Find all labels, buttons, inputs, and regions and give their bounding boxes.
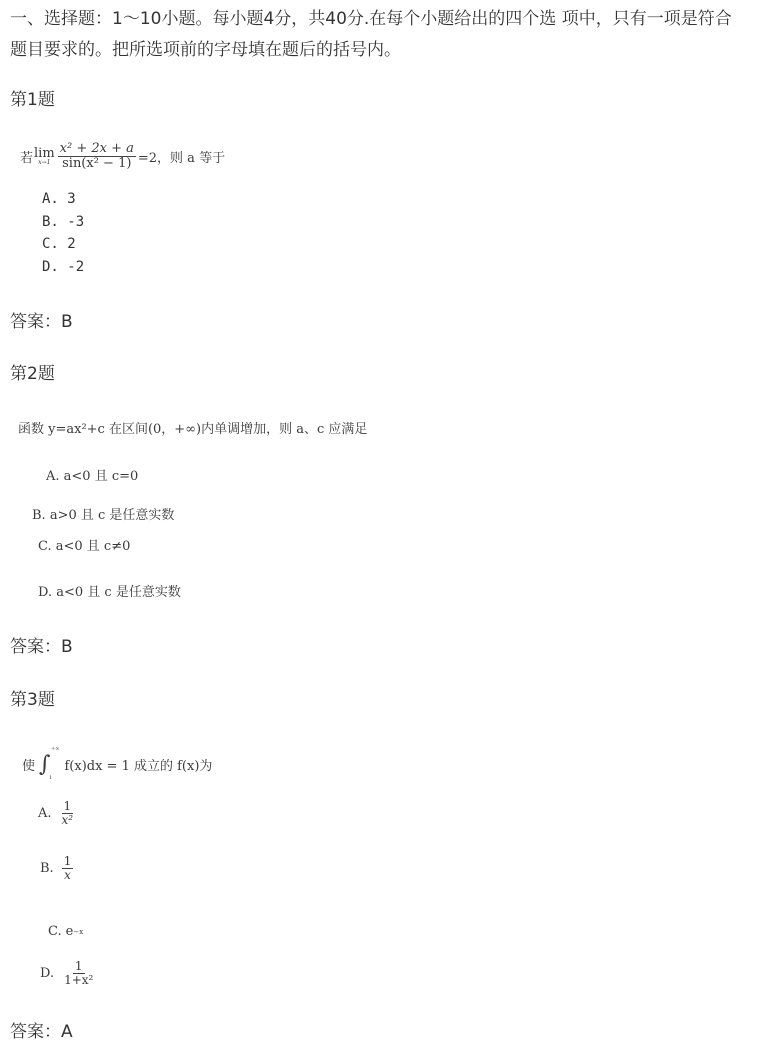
q3-integral: ∫ [39,752,50,777]
question-1-stem: 若 lim x→1 x² + 2x + a sin(x² − 1) =2，则 a… [20,142,225,170]
q1-lim-sub: x→1 [38,160,50,166]
q3-option-c-label: C. [48,924,62,939]
q3-upper-limit: +∞ [51,746,59,752]
q3-body: f(x)dx = 1 成立的 f(x)为 [64,755,212,774]
q3-option-a-label: A. [38,806,52,821]
question-2-stem: 函数 y=ax²+c 在区间(0，+∞)内单调增加，则 a、c 应满足 [18,418,367,437]
q3-option-b: B. 1 x [40,855,75,881]
q3-option-d-fraction: 1 1+x² [62,960,95,986]
q3-c-exponent: −x [73,928,83,936]
q3-d-num: 1 [73,960,85,974]
q3-option-b-fraction: 1 x [62,855,74,881]
section-instructions: 一、选择题：1～10小题。每小题4分，共40分.在每个小题给出的四个选 项中，只… [10,4,774,66]
q1-option-a: A. 3 [42,191,76,207]
q3-b-num: 1 [62,855,74,869]
q3-option-b-label: B. [40,861,54,876]
q1-answer: 答案：B [10,311,73,333]
q3-prefix: 使 [22,755,35,774]
q1-limit: lim x→1 [34,147,55,166]
question-3-stem: 使 ∫ +∞ 1 f(x)dx = 1 成立的 f(x)为 [22,752,212,777]
q2-option-a: A. a<0 且 c=0 [46,465,138,484]
q3-lower-limit: 1 [49,775,52,781]
q3-c-base: e [66,924,74,939]
q3-option-d: D. 1 1+x² [40,960,97,986]
q3-d-den: 1+x² [62,974,95,987]
q3-answer: 答案：A [10,1021,73,1043]
q2-option-c: C. a<0 且 c≠0 [38,535,130,554]
q1-lim-text: lim [34,147,55,160]
q1-option-d: D. -2 [42,259,84,275]
integral-sign-icon: ∫ +∞ 1 [39,752,50,777]
q2-option-d: D. a<0 且 c 是任意实数 [38,581,181,600]
q3-option-a: A. 1 x² [38,800,77,826]
q2-option-b: B. a>0 且 c 是任意实数 [32,504,174,523]
question-1-heading: 第1题 [10,89,55,111]
q3-a-num: 1 [62,800,74,814]
q1-prefix: 若 [20,147,33,166]
q3-option-d-label: D. [40,966,54,981]
q1-option-c: C. 2 [42,236,76,252]
q1-fraction: x² + 2x + a sin(x² − 1) [58,142,136,170]
q3-b-den: x [62,869,73,882]
q3-option-a-fraction: 1 x² [60,800,76,826]
q3-a-den: x² [60,814,76,827]
question-3-heading: 第3题 [10,689,55,711]
q3-option-c: C. e−x [48,924,83,939]
q1-numerator: x² + 2x + a [58,142,136,157]
q1-option-b: B. -3 [42,214,84,230]
q1-suffix: =2，则 a 等于 [138,147,225,166]
q1-denominator: sin(x² − 1) [60,157,133,171]
question-2-heading: 第2题 [10,363,55,385]
instructions-line-2: 题目要求的。把所选项前的字母填在题后的括号内。 [10,35,774,66]
instructions-line-1: 一、选择题：1～10小题。每小题4分，共40分.在每个小题给出的四个选 项中，只… [10,4,774,35]
q2-answer: 答案：B [10,636,73,658]
